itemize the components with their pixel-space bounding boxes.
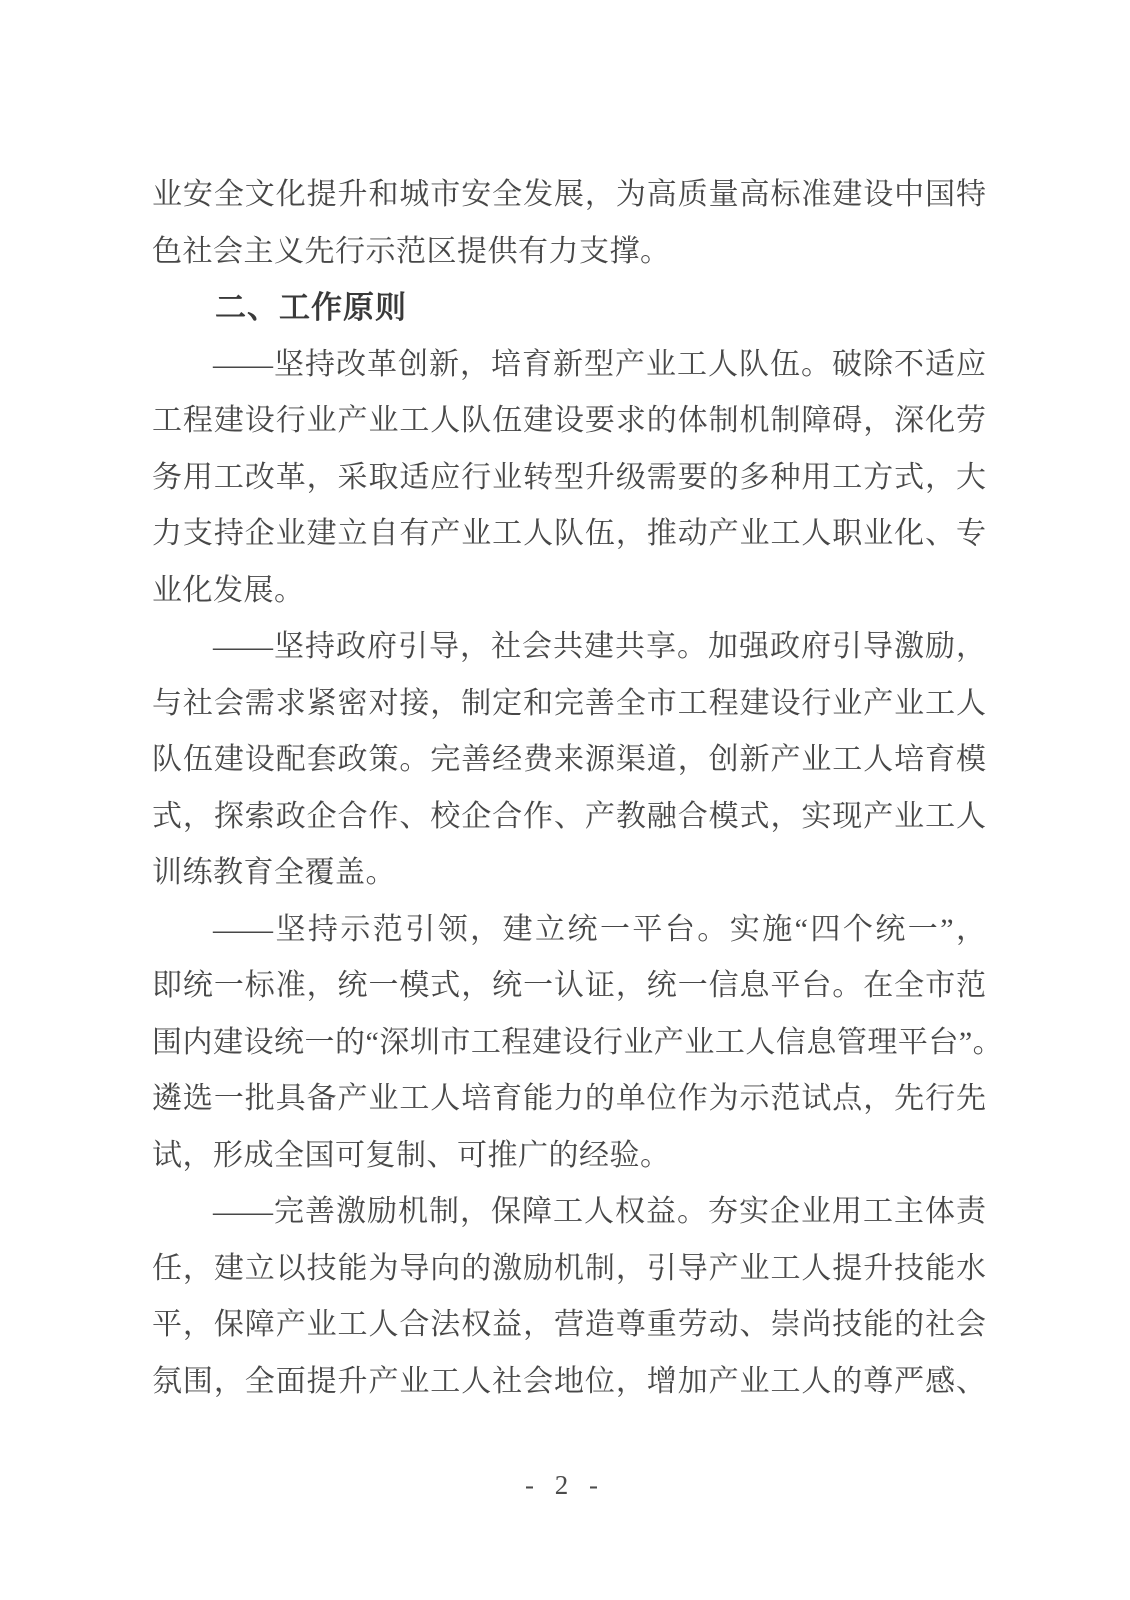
- paragraph-1-line-3: 务用工改革，采取适应行业转型升级需要的多种用工方式，大: [152, 450, 986, 507]
- paragraph-3-line-4: 遴选一批具备产业工人培育能力的单位作为示范试点，先行先: [152, 1071, 986, 1128]
- paragraph-2-line-4: 式，探索政企合作、校企合作、产教融合模式，实现产业工人: [152, 789, 986, 846]
- paragraph-2-line-5: 训练教育全覆盖。: [152, 845, 986, 902]
- section-heading-work-principles: 二、工作原则: [152, 280, 986, 337]
- paragraph-2-line-1: ——坚持政府引导，社会共建共享。加强政府引导激励，: [152, 619, 986, 676]
- paragraph-2-line-2: 与社会需求紧密对接，制定和完善全市工程建设行业产业工人: [152, 676, 986, 733]
- document-page: 业安全文化提升和城市安全发展，为高质量高标准建设中国特 色社会主义先行示范区提供…: [0, 0, 1130, 1600]
- paragraph-2-line-3: 队伍建设配套政策。完善经费来源渠道，创新产业工人培育模: [152, 732, 986, 789]
- intro-line-2: 色社会主义先行示范区提供有力支撑。: [152, 224, 986, 281]
- paragraph-4-line-1: ——完善激励机制，保障工人权益。夯实企业用工主体责: [152, 1184, 986, 1241]
- paragraph-3-line-1: ——坚持示范引领，建立统一平台。实施“四个统一”，: [152, 902, 986, 959]
- document-body: 业安全文化提升和城市安全发展，为高质量高标准建设中国特 色社会主义先行示范区提供…: [152, 167, 986, 1410]
- intro-line-1: 业安全文化提升和城市安全发展，为高质量高标准建设中国特: [152, 167, 986, 224]
- paragraph-1-line-2: 工程建设行业产业工人队伍建设要求的体制机制障碍，深化劳: [152, 393, 986, 450]
- paragraph-1-line-1: ——坚持改革创新，培育新型产业工人队伍。破除不适应: [152, 337, 986, 394]
- paragraph-3-line-5: 试，形成全国可复制、可推广的经验。: [152, 1128, 986, 1185]
- paragraph-4-line-3: 平，保障产业工人合法权益，营造尊重劳动、崇尚技能的社会: [152, 1297, 986, 1354]
- page-number: - 2 -: [0, 1457, 1130, 1513]
- paragraph-4-line-4: 氛围，全面提升产业工人社会地位，增加产业工人的尊严感、: [152, 1354, 986, 1411]
- paragraph-1-line-5: 业化发展。: [152, 563, 986, 620]
- paragraph-3-line-2: 即统一标准，统一模式，统一认证，统一信息平台。在全市范: [152, 958, 986, 1015]
- paragraph-1-line-4: 力支持企业建立自有产业工人队伍，推动产业工人职业化、专: [152, 506, 986, 563]
- paragraph-3-line-3: 围内建设统一的“深圳市工程建设行业产业工人信息管理平台”。: [152, 1015, 986, 1072]
- paragraph-4-line-2: 任，建立以技能为导向的激励机制，引导产业工人提升技能水: [152, 1241, 986, 1298]
